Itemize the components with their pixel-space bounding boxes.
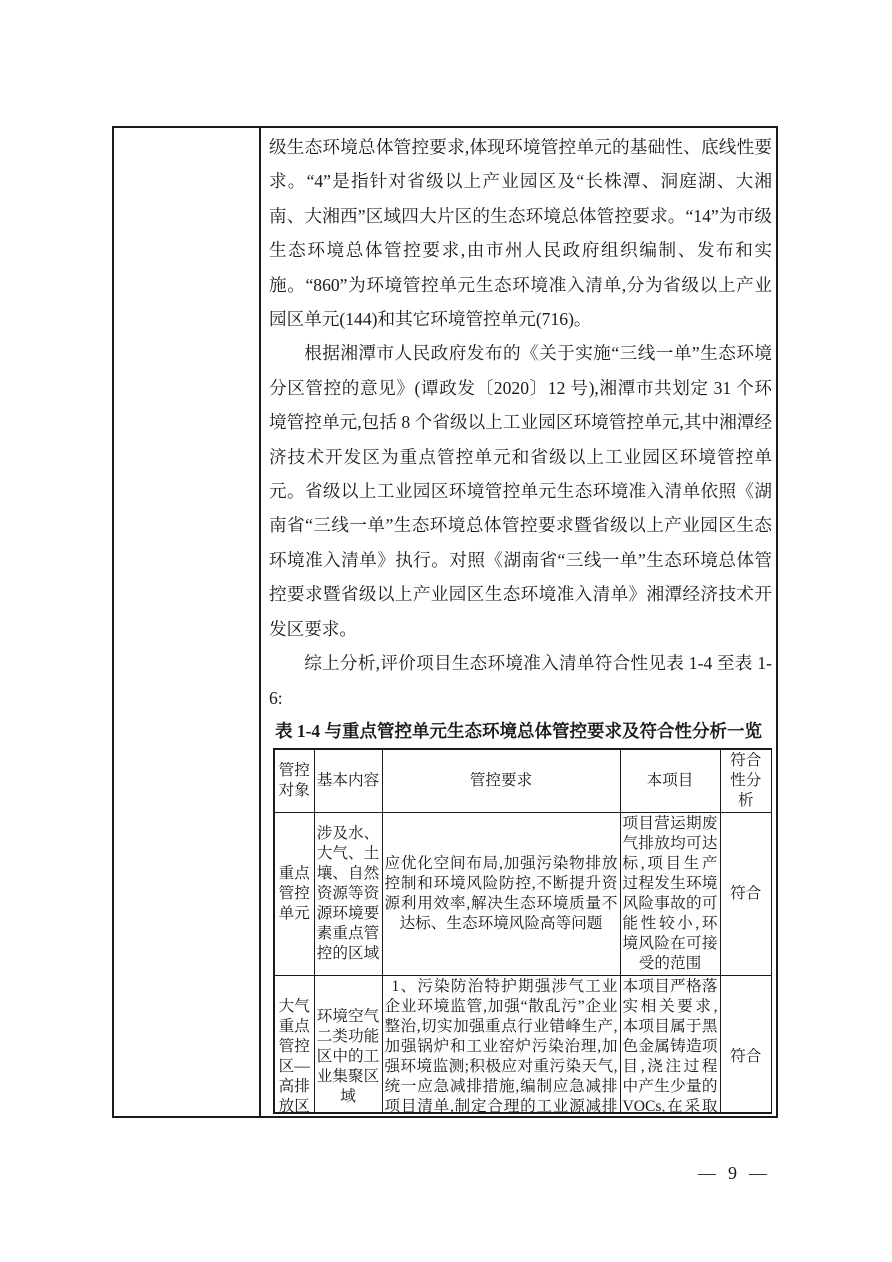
header-project: 本项目 xyxy=(620,749,720,813)
page-frame: 级生态环境总体管控要求,体现环境管控单元的基础性、底线性要求。“4”是指针对省级… xyxy=(112,126,778,1118)
cell-project: 本项目严格落实相关要求,本项目属于黑色金属铸造项目,浇注过程中产生少量的VOCs… xyxy=(620,976,720,1115)
cell-requirement: 应优化空间布局,加强污染物排放控制和环境风险防控,不断提升资源利用效率,解决生态… xyxy=(382,813,620,976)
cell-compliance: 符合 xyxy=(720,813,772,976)
content-cell: 级生态环境总体管控要求,体现环境管控单元的基础性、底线性要求。“4”是指针对省级… xyxy=(261,128,776,1116)
cell-basic: 涉及水、大气、土壤、自然资源等资源环境要素重点管控的区域 xyxy=(314,813,382,976)
header-target: 管控对象 xyxy=(274,749,314,813)
cell-basic: 环境空气二类功能区中的工业集聚区域 xyxy=(314,976,382,1115)
body-text: 级生态环境总体管控要求,体现环境管控单元的基础性、底线性要求。“4”是指针对省级… xyxy=(269,130,772,716)
cell-project: 项目营运期废气排放均可达标,项目生产过程发生环境风险事故的可能性较小,环境风险在… xyxy=(620,813,720,976)
paragraph-continued: 级生态环境总体管控要求,体现环境管控单元的基础性、底线性要求。“4”是指针对省级… xyxy=(269,130,772,336)
project-text: 本项目严格落实相关要求,本项目属于黑色金属铸造项目,浇注过程中产生少量的VOCs xyxy=(623,978,718,1114)
header-requirement: 管控要求 xyxy=(382,749,620,813)
table-header-row: 管控对象 基本内容 管控要求 本项目 符合性分析 xyxy=(274,749,772,813)
table-row: 重点管控单元 涉及水、大气、土壤、自然资源等资源环境要素重点管控的区域 应优化空… xyxy=(274,813,772,976)
header-basic: 基本内容 xyxy=(314,749,382,813)
table-title: 表 1-4 与重点管控单元生态环境总体管控要求及符合性分析一览 xyxy=(261,717,776,745)
cell-compliance: 符合 xyxy=(720,976,772,1115)
paragraph-basis: 根据湘潭市人民政府发布的《关于实施“三线一单”生态环境分区管控的意见》(谭政发〔… xyxy=(269,336,772,646)
table-row: 大气重点管控区—高排放区 环境空气二类功能区中的工业集聚区域 1、污染防治特护期… xyxy=(274,976,772,1115)
left-margin-cell xyxy=(114,128,261,1116)
compliance-table: 管控对象 基本内容 管控要求 本项目 符合性分析 重点管控单元 涉及水、大气、土… xyxy=(273,748,772,1114)
paragraph-summary: 综上分析,评价项目生态环境准入清单符合性见表 1-4 至表 1-6: xyxy=(269,646,772,715)
table-clip-region: 管控对象 基本内容 管控要求 本项目 符合性分析 重点管控单元 涉及水、大气、土… xyxy=(273,748,772,1114)
header-compliance: 符合性分析 xyxy=(720,749,772,813)
cell-requirement: 1、污染防治特护期强涉气工业企业环境监管,加强“散乱污”企业整治,切实加强重点行… xyxy=(382,976,620,1115)
cell-target: 重点管控单元 xyxy=(274,813,314,976)
page-number: — 9 — xyxy=(698,1163,768,1184)
cell-target: 大气重点管控区—高排放区 xyxy=(274,976,314,1115)
